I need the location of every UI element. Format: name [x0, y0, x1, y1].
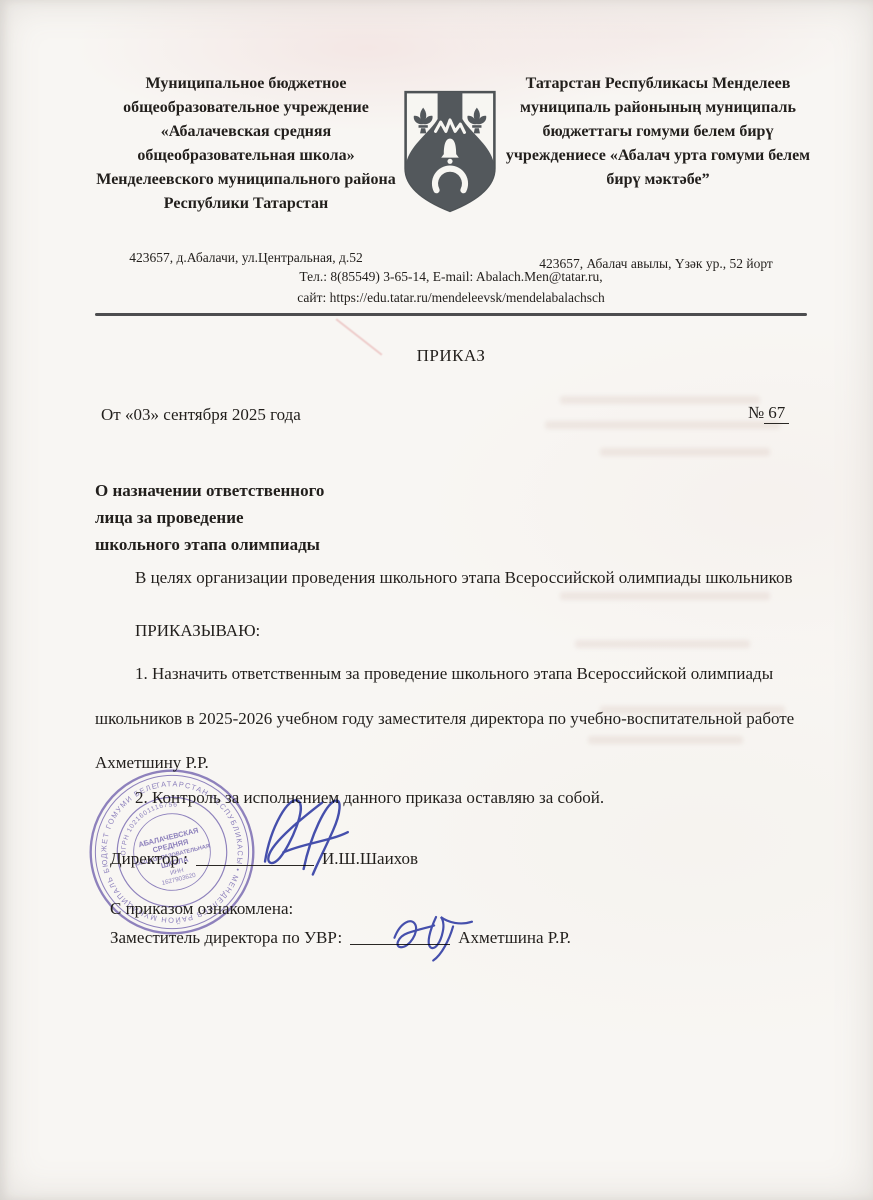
stamp-center-line: АБАЛАЧЕВСКАЯ	[137, 826, 199, 850]
director-label: Директор :	[110, 849, 188, 868]
number-label: №	[748, 403, 764, 422]
bleed-through-artifact	[600, 448, 770, 456]
subject-line: О назначении ответственного	[95, 477, 324, 504]
document-number: №67	[748, 403, 789, 423]
director-name: И.Ш.Шаихов	[322, 849, 418, 868]
preamble-paragraph: В целях организации проведения школьного…	[95, 563, 813, 594]
deputy-signature-row: Заместитель директора по УВР:Ахметшина Р…	[110, 927, 571, 948]
order-item-1: 1. Назначить ответственным за проведение…	[95, 652, 813, 786]
contact-info: Тел.: 8(85549) 3-65-14, E-mail: Abalach.…	[95, 267, 807, 309]
org-name-tatar: Татарстан Республикасы Менделеев муницип…	[504, 72, 812, 192]
number-value: 67	[764, 403, 789, 424]
acknowledgement-line: С приказом ознакомлена:	[110, 899, 293, 919]
director-signature-row: Директор :И.Ш.Шаихов	[110, 848, 418, 869]
coat-of-arms-emblem	[398, 88, 502, 216]
stamp-center-line: 1627903620	[161, 872, 197, 887]
subject-line: лица за проведение	[95, 504, 324, 531]
header-divider	[95, 313, 807, 316]
deputy-name: Ахметшина Р.Р.	[458, 928, 571, 947]
director-signature-line	[196, 848, 314, 866]
deputy-signature-line	[350, 927, 450, 945]
contact-phone-email: Тел.: 8(85549) 3-65-14, E-mail: Abalach.…	[95, 267, 807, 288]
order-item-2: 2. Контроль за исполнением данного прика…	[95, 788, 813, 808]
subject-line: школьного этапа олимпиады	[95, 531, 324, 558]
contact-website: сайт: https://edu.tatar.ru/mendeleevsk/m…	[95, 288, 807, 309]
bleed-through-artifact	[575, 640, 750, 648]
document-date: От «03» сентября 2025 года	[101, 405, 301, 425]
order-subject: О назначении ответственного лица за пров…	[95, 477, 324, 559]
address-russian: 423657, д.Абалачи, ул.Центральная, д.52	[95, 250, 397, 266]
deputy-label: Заместитель директора по УВР:	[110, 928, 342, 947]
scanned-document: Муниципальное бюджетное общеобразователь…	[0, 0, 873, 1200]
org-name-russian: Муниципальное бюджетное общеобразователь…	[95, 72, 397, 216]
bleed-through-artifact	[545, 421, 780, 429]
coat-of-arms-icon	[398, 88, 502, 216]
document-title: ПРИКАЗ	[95, 346, 807, 366]
bleed-through-artifact	[560, 396, 760, 404]
order-word: ПРИКАЗЫВАЮ:	[135, 621, 260, 641]
